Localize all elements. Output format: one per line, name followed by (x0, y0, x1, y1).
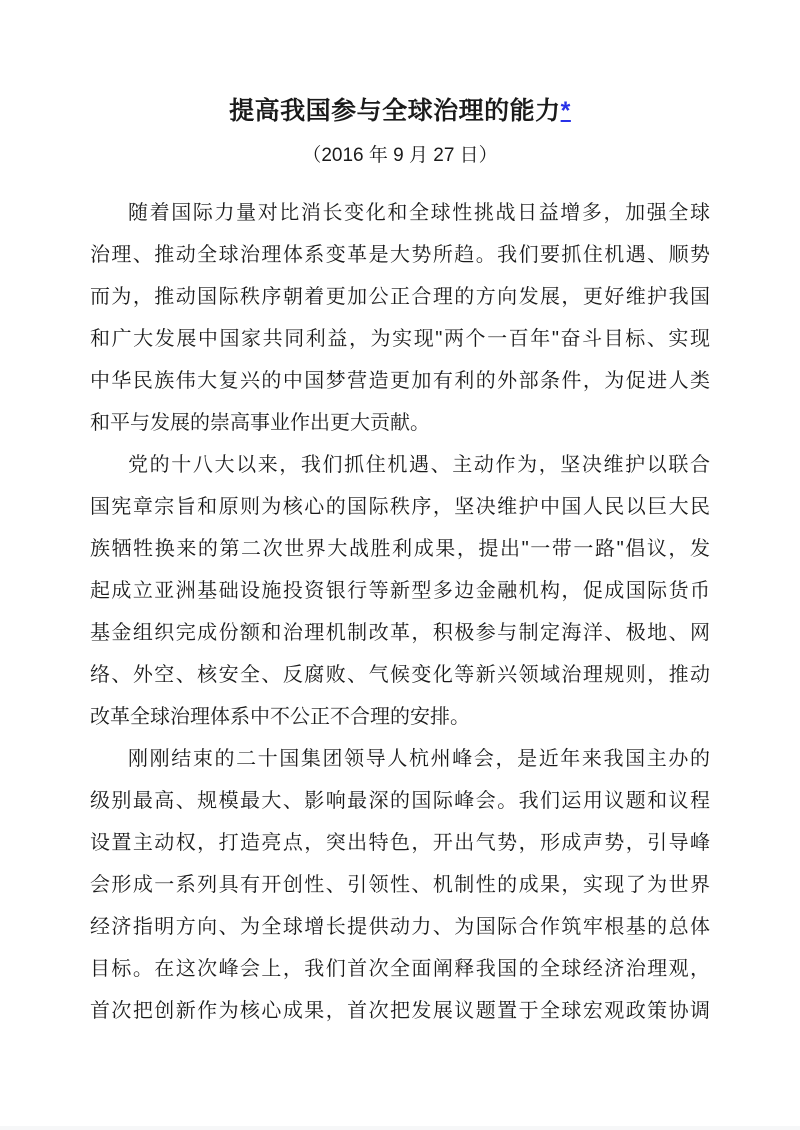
text-line: 随着国际力量对比消长变化和全球性挑战日益增多，加强全球 (90, 192, 710, 234)
text-line: 治理、推动全球治理体系变革是大势所趋。我们要抓住机遇、顺势 (90, 234, 710, 276)
paragraph: 党的十八大以来，我们抓住机遇、主动作为，坚决维护以联合国宪章宗旨和原则为核心的国… (90, 444, 710, 738)
text-line: 刚刚结束的二十国集团领导人杭州峰会，是近年来我国主办的 (90, 738, 710, 780)
text-line: 设置主动权，打造亮点，突出特色，开出气势，形成声势，引导峰 (90, 822, 710, 864)
document-title-text: 提高我国参与全球治理的能力 (229, 97, 561, 125)
text-line: 中华民族伟大复兴的中国梦营造更加有利的外部条件，为促进人类 (90, 360, 710, 402)
paragraph: 刚刚结束的二十国集团领导人杭州峰会，是近年来我国主办的级别最高、规模最大、影响最… (90, 738, 710, 1032)
text-line: 目标。在这次峰会上，我们首次全面阐释我国的全球经济治理观， (90, 948, 710, 990)
text-line: 和平与发展的崇高事业作出更大贡献。 (90, 402, 710, 444)
document-body: 随着国际力量对比消长变化和全球性挑战日益增多，加强全球治理、推动全球治理体系变革… (90, 192, 710, 1032)
document-date: （2016 年 9 月 27 日） (0, 144, 800, 168)
text-line: 而为，推动国际秩序朝着更加公正合理的方向发展，更好维护我国 (90, 276, 710, 318)
text-line: 级别最高、规模最大、影响最深的国际峰会。我们运用议题和议程 (90, 780, 710, 822)
text-line: 会形成一系列具有开创性、引领性、机制性的成果，实现了为世界 (90, 864, 710, 906)
text-line: 经济指明方向、为全球增长提供动力、为国际合作筑牢根基的总体 (90, 906, 710, 948)
text-line: 和广大发展中国家共同利益，为实现"两个一百年"奋斗目标、实现 (90, 318, 710, 360)
text-line: 络、外空、核安全、反腐败、气候变化等新兴领域治理规则，推动 (90, 654, 710, 696)
text-line: 起成立亚洲基础设施投资银行等新型多边金融机构，促成国际货币 (90, 570, 710, 612)
text-line: 国宪章宗旨和原则为核心的国际秩序，坚决维护中国人民以巨大民 (90, 486, 710, 528)
document-title: 提高我国参与全球治理的能力* (0, 0, 800, 127)
text-line: 首次把创新作为核心成果，首次把发展议题置于全球宏观政策协调 (90, 990, 710, 1032)
text-line: 改革全球治理体系中不公正不合理的安排。 (90, 696, 710, 738)
text-line: 族牺牲换来的第二次世界大战胜利成果，提出"一带一路"倡议，发 (90, 528, 710, 570)
footnote-asterisk-link[interactable]: * (561, 97, 571, 125)
paragraph: 随着国际力量对比消长变化和全球性挑战日益增多，加强全球治理、推动全球治理体系变革… (90, 192, 710, 444)
document-page: 提高我国参与全球治理的能力* （2016 年 9 月 27 日） 随着国际力量对… (0, 0, 800, 1130)
page-bottom-edge (0, 1126, 800, 1130)
text-line: 党的十八大以来，我们抓住机遇、主动作为，坚决维护以联合 (90, 444, 710, 486)
text-line: 基金组织完成份额和治理机制改革，积极参与制定海洋、极地、网 (90, 612, 710, 654)
